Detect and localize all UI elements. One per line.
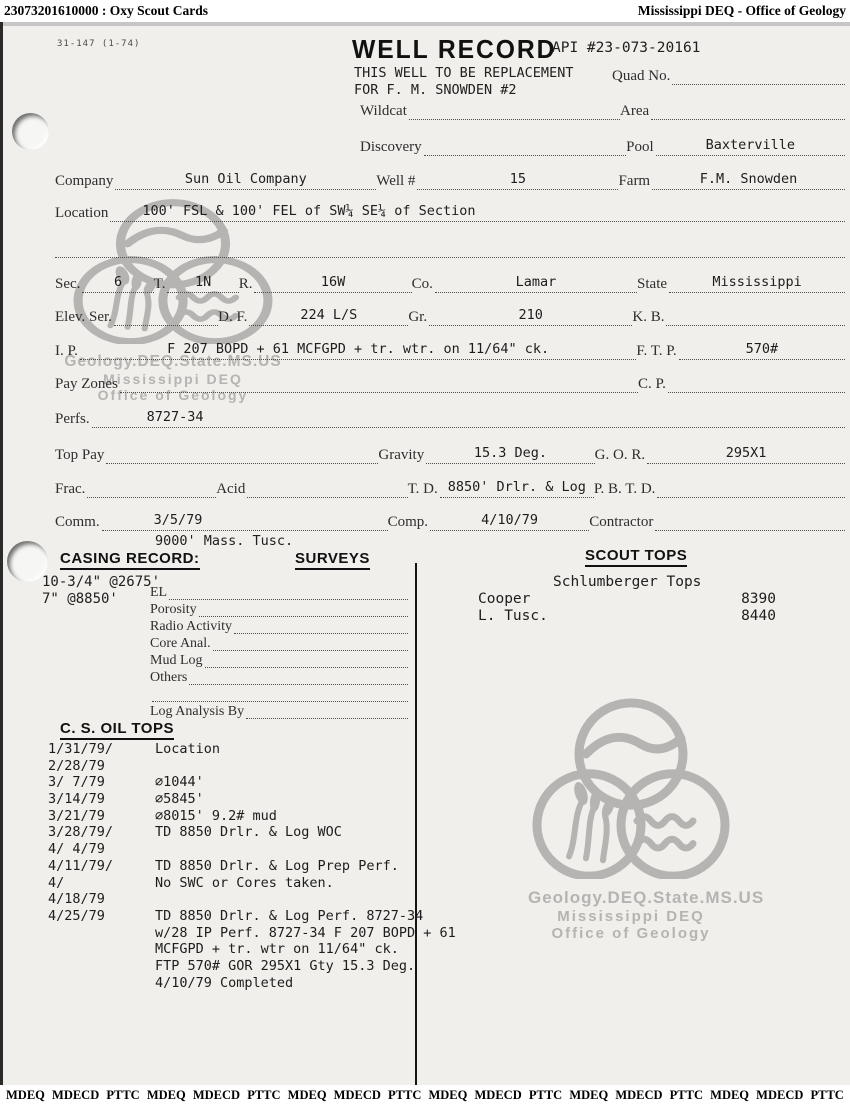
formation-depth: 8390: [741, 591, 776, 608]
survey-label: Radio Activity: [150, 619, 234, 634]
row-ip: I. P. F 207 BOPD + 61 MCFGPD + tr. wtr. …: [55, 340, 845, 360]
df-value: 224 L/S: [300, 308, 357, 325]
oil-tops-entry: 3/ 7/79 ∅1044': [48, 774, 456, 791]
oil-tops-entry: 4/25/79 TD 8850 Drlr. & Log Perf. 8727-3…: [48, 908, 456, 925]
top-pay-label: Top Pay: [55, 447, 106, 464]
pay-zones-label: Pay Zones: [55, 376, 120, 393]
footer-org-label: MDECD: [615, 1088, 662, 1103]
document-viewer-page: 23073201610000 : Oxy Scout Cards Mississ…: [0, 0, 850, 1105]
footer-org-label: MDECD: [193, 1088, 240, 1103]
county-label: Co.: [412, 276, 435, 293]
farm-value: F.M. Snowden: [700, 172, 798, 189]
footer-org-label: PTTC: [670, 1088, 703, 1103]
kb-field: [666, 325, 845, 326]
wildcat-field: [409, 119, 620, 120]
elev-ser-label: Elev. Ser.: [55, 309, 114, 326]
entry-text: Location: [155, 741, 220, 758]
pool-label: Pool: [626, 139, 656, 156]
township-label: T.: [154, 276, 168, 293]
entry-text: ∅5845': [155, 791, 204, 808]
surveys-header: SURVEYS: [295, 550, 370, 570]
gor-label: G. O. R.: [595, 447, 647, 464]
oil-tops-entry: 3/21/79 ∅8015' 9.2# mud: [48, 808, 456, 825]
entry-text: ∅8015' 9.2# mud: [155, 808, 277, 825]
survey-label: EL: [150, 585, 169, 600]
scan-edge: [0, 22, 3, 1085]
row-top-pay: Top Pay Gravity 15.3 Deg. G. O. R. 295X1: [55, 444, 845, 464]
survey-label: Core Anal.: [150, 636, 213, 651]
entry-text: TD 8850 Drlr. & Log Perf. 8727-34: [155, 908, 423, 925]
entry-date: 4/18/79: [48, 891, 155, 908]
sec-field: 6: [82, 273, 153, 293]
gr-value: 210: [519, 308, 543, 325]
row-perfs: Perfs. 8727-34: [55, 410, 845, 428]
entry-date: 4/: [48, 875, 155, 892]
state-field: Mississippi: [669, 273, 845, 293]
deq-logo-icon: [531, 697, 731, 879]
entry-text: TD 8850 Drlr. & Log Prep Perf.: [155, 858, 399, 875]
casing-record-header: CASING RECORD:: [60, 550, 200, 570]
pool-field: Baxterville: [656, 136, 845, 156]
well-no-label: Well #: [376, 173, 417, 190]
scout-tops-subtitle: Schlumberger Tops: [553, 574, 701, 590]
gr-field: 210: [429, 306, 632, 326]
formation-name: L. Tusc.: [478, 608, 548, 625]
location-field: 100' FSL & 100' FEL of SW¼ SE¼ of Sectio…: [110, 204, 845, 222]
survey-item: Porosity: [150, 600, 408, 617]
footer-org-label: MDECD: [52, 1088, 99, 1103]
survey-item: Mud Log: [150, 651, 408, 668]
cp-label: C. P.: [638, 376, 668, 393]
company-value: Sun Oil Company: [185, 172, 307, 189]
footer-org-label: MDECD: [475, 1088, 522, 1103]
survey-item: Radio Activity: [150, 617, 408, 634]
state-label: State: [637, 276, 669, 293]
row-elevation: Elev. Ser. D. F. 224 L/S Gr. 210 K. B.: [55, 306, 845, 326]
survey-label: Log Analysis By: [150, 704, 246, 719]
farm-field: F.M. Snowden: [652, 170, 845, 190]
surveys-list: EL Porosity Radio Activity Core Anal. Mu…: [150, 583, 408, 719]
township-value: 1N: [195, 275, 211, 292]
gor-value: 295X1: [726, 446, 767, 463]
row-wildcat-area: Wildcat Area: [360, 103, 845, 120]
td-value: 8850' Drlr. & Log: [448, 480, 586, 497]
hole-punch: [7, 541, 48, 582]
survey-field: [189, 684, 408, 685]
survey-field: [199, 616, 408, 617]
watermark-office: Office of Geology: [528, 925, 734, 942]
replacement-note-line1: THIS WELL TO BE REPLACEMENT: [354, 65, 573, 81]
gor-field: 295X1: [647, 444, 845, 464]
scout-top-row: L. Tusc. 8440: [478, 608, 776, 625]
survey-item: [150, 685, 408, 702]
range-field: 16W: [254, 273, 411, 293]
watermark-org: Mississippi DEQ: [528, 908, 734, 925]
oil-tops-entry: w/28 IP Perf. 8727-34 F 207 BOPD + 61: [48, 925, 456, 942]
watermark-url: Geology.DEQ.State.MS.US: [528, 888, 734, 908]
footer-org-label: PTTC: [811, 1088, 844, 1103]
scout-tops-header: SCOUT TOPS: [585, 547, 687, 567]
survey-label: Mud Log: [150, 653, 205, 668]
acid-field: [247, 497, 407, 498]
footer-org-label: PTTC: [247, 1088, 280, 1103]
contractor-field: [655, 530, 845, 531]
footer-org-label: MDEQ: [710, 1088, 749, 1103]
entry-text: w/28 IP Perf. 8727-34 F 207 BOPD + 61: [155, 925, 456, 942]
entry-date: 3/14/79: [48, 791, 155, 808]
row-pay-zones: Pay Zones C. P.: [55, 376, 845, 393]
entry-date: 1/31/79/: [48, 741, 155, 758]
viewer-footer: MDEQMDECDPTTCMDEQMDECDPTTCMDEQMDECDPTTCM…: [0, 1085, 850, 1105]
survey-item: Core Anal.: [150, 634, 408, 651]
well-no-value: 15: [510, 172, 526, 189]
discovery-field: [424, 155, 627, 156]
oil-tops-entry: 4/ No SWC or Cores taken.: [48, 875, 456, 892]
pbtd-label: P. B. T. D.: [594, 481, 658, 498]
deq-watermark: Geology.DEQ.State.MS.US Mississippi DEQ …: [528, 697, 734, 942]
row-quad: Quad No.: [612, 68, 845, 85]
range-value: 16W: [321, 275, 345, 292]
row-separator: [55, 236, 845, 258]
casing-entry: 10-3/4" @2675': [42, 574, 160, 591]
farm-label: Farm: [618, 173, 652, 190]
location-value: 100' FSL & 100' FEL of SW¼ SE¼ of Sectio…: [110, 204, 845, 221]
comp-value: 4/10/79: [481, 513, 538, 530]
area-field: [651, 119, 845, 120]
comm-label: Comm.: [55, 514, 102, 531]
oil-tops-entry: FTP 570# GOR 295X1 Gty 15.3 Deg.: [48, 958, 456, 975]
entry-date: [48, 941, 155, 958]
oil-tops-list: 1/31/79/ Location 2/28/79 3/ 7/79 ∅1044'…: [48, 741, 456, 991]
entry-date: [48, 975, 155, 992]
td-label: T. D.: [408, 481, 440, 498]
viewer-title-right: Mississippi DEQ - Office of Geology: [638, 3, 846, 19]
perfs-value: 8727-34: [92, 410, 845, 427]
perfs-label: Perfs.: [55, 411, 92, 428]
row-comm: Comm. 3/5/79 Comp. 4/10/79 Contractor: [55, 511, 845, 531]
entry-text: TD 8850 Drlr. & Log WOC: [155, 824, 342, 841]
deq-watermark: Geology.DEQ.State.MS.US Mississippi DEQ …: [55, 198, 291, 403]
pool-value: Baxterville: [706, 138, 795, 155]
entry-date: 4/ 4/79: [48, 841, 155, 858]
ftp-field: 570#: [679, 340, 845, 360]
td-field: 8850' Drlr. & Log: [440, 478, 594, 498]
footer-org-label: MDEQ: [6, 1088, 45, 1103]
ip-field: F 207 BOPD + 61 MCFGPD + tr. wtr. on 11/…: [80, 340, 636, 360]
row-section: Sec. 6 T. 1N R. 16W Co. Lamar State Miss…: [55, 273, 845, 293]
pay-zones-field: [120, 392, 638, 393]
ftp-value: 570#: [746, 342, 779, 359]
hole-punch: [12, 113, 49, 150]
entry-date: 3/21/79: [48, 808, 155, 825]
oil-tops-entry: 4/11/79/ TD 8850 Drlr. & Log Prep Perf.: [48, 858, 456, 875]
survey-item: EL: [150, 583, 408, 600]
county-value: Lamar: [516, 275, 557, 292]
cp-field: [668, 392, 845, 393]
frac-field: [87, 497, 216, 498]
df-field: 224 L/S: [249, 306, 408, 326]
entry-text: ∅1044': [155, 774, 204, 791]
quad-no-label: Quad No.: [612, 68, 672, 85]
oil-tops-entry: 1/31/79/ Location: [48, 741, 456, 758]
footer-org-label: MDEQ: [428, 1088, 467, 1103]
oil-tops-entry: 3/14/79 ∅5845': [48, 791, 456, 808]
oil-tops-entry: 4/18/79: [48, 891, 456, 908]
footer-org-label: PTTC: [388, 1088, 421, 1103]
quad-no-field: [672, 84, 845, 85]
row-discovery-pool: Discovery Pool Baxterville: [360, 136, 845, 156]
formation-name: Cooper: [478, 591, 530, 608]
replacement-note-line2: FOR F. M. SNOWDEN #2: [354, 82, 517, 98]
township-field: 1N: [167, 273, 238, 293]
survey-item: Log Analysis By: [150, 702, 408, 719]
ip-label: I. P.: [55, 343, 80, 360]
survey-field: [169, 599, 408, 600]
top-pay-field: [106, 463, 378, 464]
company-field: Sun Oil Company: [115, 170, 376, 190]
gr-label: Gr.: [408, 309, 429, 326]
area-label: Area: [620, 103, 651, 120]
sec-label: Sec.: [55, 276, 82, 293]
oil-tops-entry: 4/ 4/79: [48, 841, 456, 858]
frac-label: Frac.: [55, 481, 87, 498]
form-number: 31-147 (1-74): [57, 39, 140, 49]
location-label: Location: [55, 205, 110, 222]
entry-text: FTP 570# GOR 295X1 Gty 15.3 Deg.: [155, 958, 415, 975]
df-label: D. F.: [218, 309, 249, 326]
casing-entry: 7" @8850': [42, 591, 160, 608]
footer-org-label: PTTC: [106, 1088, 139, 1103]
entry-text: No SWC or Cores taken.: [155, 875, 334, 892]
kb-label: K. B.: [632, 309, 666, 326]
survey-field: [234, 633, 408, 634]
state-value: Mississippi: [712, 275, 801, 292]
comp-label: Comp.: [388, 514, 430, 531]
oil-tops-entry: 4/10/79 Completed: [48, 975, 456, 992]
api-number: API #23-073-20161: [552, 40, 700, 56]
gravity-value: 15.3 Deg.: [474, 446, 547, 463]
survey-field: [205, 667, 409, 668]
survey-label: Others: [150, 670, 189, 685]
entry-date: 2/28/79: [48, 758, 155, 775]
survey-field: [213, 650, 408, 651]
entry-date: 3/28/79/: [48, 824, 155, 841]
entry-date: [48, 958, 155, 975]
survey-item: Others: [150, 668, 408, 685]
entry-date: [48, 925, 155, 942]
comm-note: 9000' Mass. Tusc.: [155, 533, 293, 549]
county-field: Lamar: [435, 273, 637, 293]
gravity-label: Gravity: [378, 447, 426, 464]
footer-org-label: MDECD: [756, 1088, 803, 1103]
oil-tops-entry: 3/28/79/ TD 8850 Drlr. & Log WOC: [48, 824, 456, 841]
well-no-field: 15: [417, 170, 618, 190]
discovery-label: Discovery: [360, 139, 424, 156]
footer-org-label: PTTC: [529, 1088, 562, 1103]
scout-tops-rows: Cooper 8390 L. Tusc. 8440: [478, 591, 776, 624]
viewer-title-left: 23073201610000 : Oxy Scout Cards: [4, 3, 208, 19]
separator-line: [55, 257, 845, 258]
elev-ser-field: [114, 325, 218, 326]
footer-org-label: MDECD: [334, 1088, 381, 1103]
entry-date: 3/ 7/79: [48, 774, 155, 791]
wildcat-label: Wildcat: [360, 103, 409, 120]
pbtd-field: [657, 497, 845, 498]
ftp-label: F. T. P.: [636, 343, 678, 360]
comm-field: 3/5/79: [102, 513, 388, 531]
gravity-field: 15.3 Deg.: [426, 444, 594, 464]
entry-text: 4/10/79 Completed: [155, 975, 293, 992]
row-frac: Frac. Acid T. D. 8850' Drlr. & Log P. B.…: [55, 478, 845, 498]
oil-tops-header: C. S. OIL TOPS: [60, 720, 174, 740]
entry-text: MCFGPD + tr. wtr on 11/64" ck.: [155, 941, 399, 958]
oil-tops-entry: 2/28/79: [48, 758, 456, 775]
comm-value: 3/5/79: [102, 513, 388, 530]
range-label: R.: [239, 276, 255, 293]
footer-org-label: MDEQ: [288, 1088, 327, 1103]
comp-field: 4/10/79: [430, 511, 589, 531]
scout-top-row: Cooper 8390: [478, 591, 776, 608]
sec-value: 6: [114, 275, 122, 292]
survey-field: [246, 718, 408, 719]
company-label: Company: [55, 173, 115, 190]
row-location: Location 100' FSL & 100' FEL of SW¼ SE¼ …: [55, 204, 845, 222]
footer-org-label: MDEQ: [147, 1088, 186, 1103]
survey-label: Porosity: [150, 602, 199, 617]
oil-tops-entry: MCFGPD + tr. wtr on 11/64" ck.: [48, 941, 456, 958]
viewer-header: 23073201610000 : Oxy Scout Cards Mississ…: [0, 0, 850, 22]
entry-date: 4/25/79: [48, 908, 155, 925]
row-company: Company Sun Oil Company Well # 15 Farm F…: [55, 170, 845, 190]
entry-date: 4/11/79/: [48, 858, 155, 875]
contractor-label: Contractor: [589, 514, 655, 531]
formation-depth: 8440: [741, 608, 776, 625]
casing-record-list: 10-3/4" @2675'7" @8850': [42, 574, 160, 608]
perfs-field: 8727-34: [92, 410, 845, 428]
acid-label: Acid: [216, 481, 247, 498]
ip-value: F 207 BOPD + 61 MCFGPD + tr. wtr. on 11/…: [167, 342, 549, 359]
form-title: WELL RECORD: [352, 34, 556, 65]
survey-field: [152, 701, 408, 702]
footer-org-label: MDEQ: [569, 1088, 608, 1103]
